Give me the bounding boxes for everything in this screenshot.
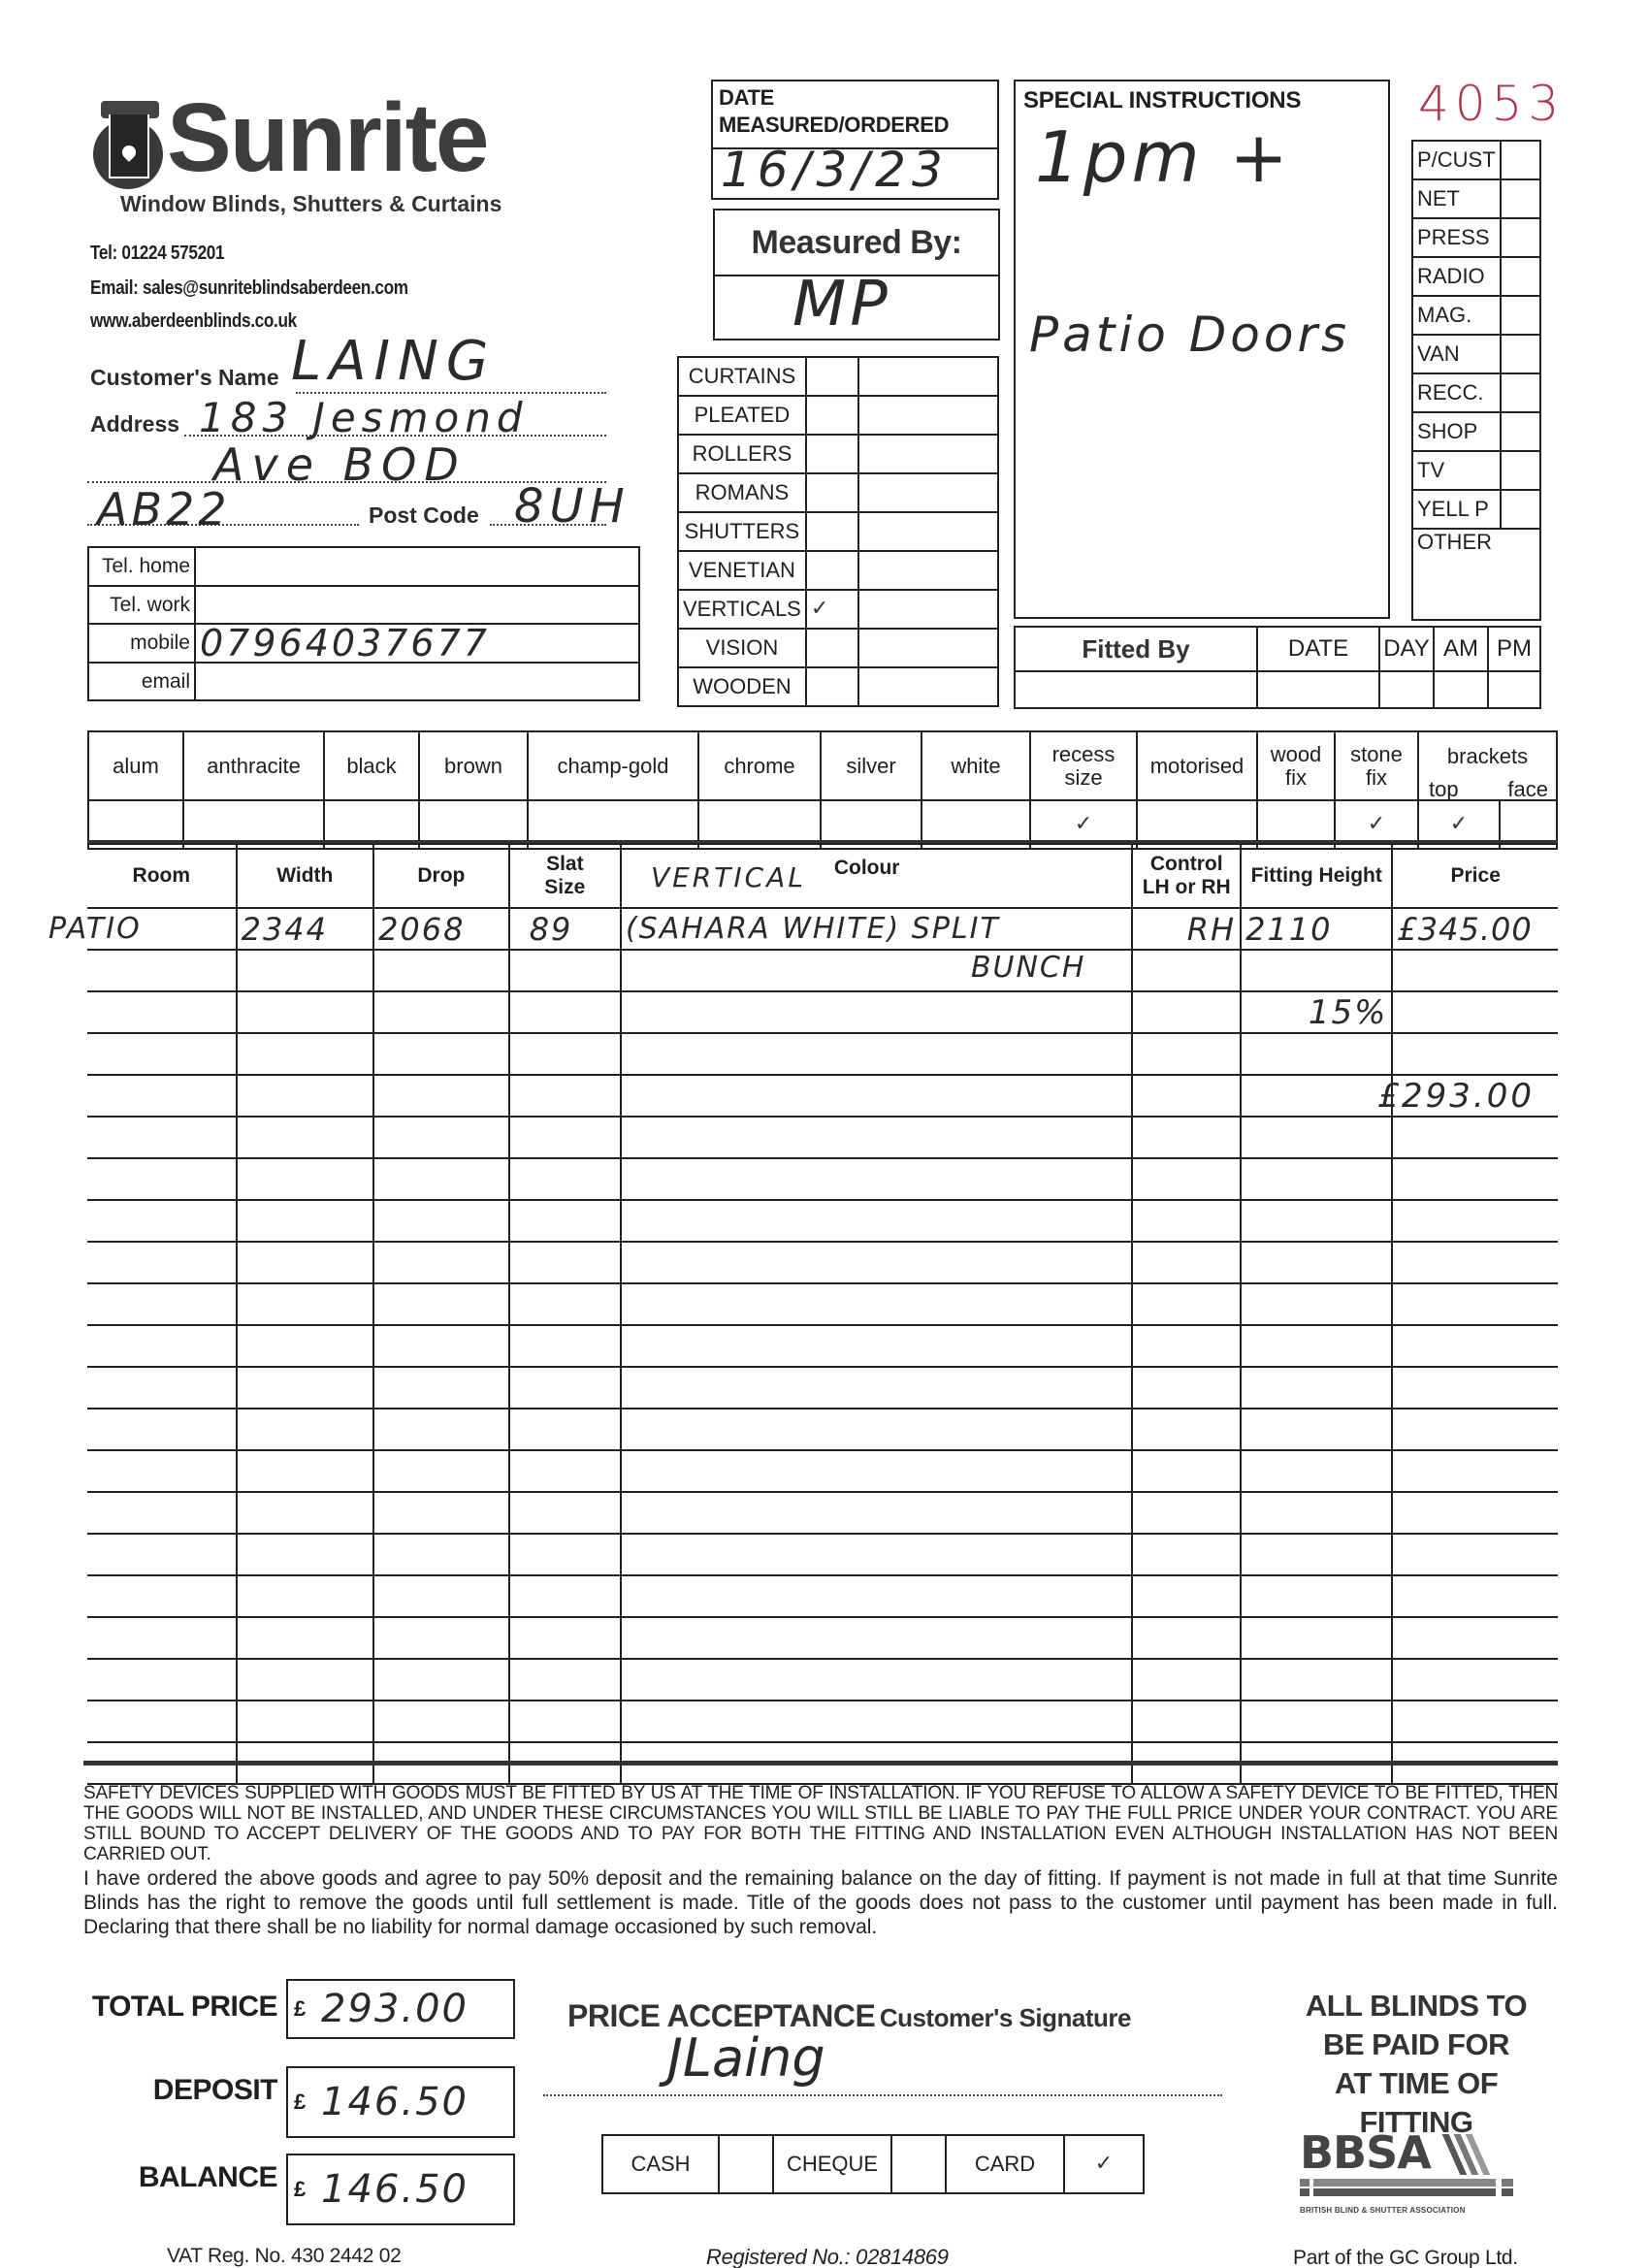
fitting-height-cell[interactable] <box>1241 1242 1392 1283</box>
order-table: Room Width Drop SlatSize VERTICAL Colour… <box>87 843 1558 1785</box>
colour-cell[interactable] <box>621 1450 1132 1492</box>
col-control: ControlLH or RH <box>1132 844 1241 908</box>
width-cell[interactable] <box>237 1367 373 1409</box>
room-cell[interactable] <box>87 1575 237 1617</box>
signature-field[interactable]: JLaing <box>667 2027 825 2089</box>
control-cell[interactable] <box>1132 1534 1241 1575</box>
slat-cell[interactable] <box>509 1492 621 1534</box>
slat-cell[interactable] <box>509 1200 621 1242</box>
slat-cell[interactable] <box>509 1117 621 1158</box>
product-type-row: ROMANS <box>678 473 998 512</box>
room-cell[interactable] <box>87 1492 237 1534</box>
product-type-notes[interactable] <box>858 473 998 512</box>
room-cell[interactable] <box>87 1450 237 1492</box>
source-checkbox[interactable] <box>1501 335 1540 373</box>
fitting-height-cell[interactable] <box>1241 1117 1392 1158</box>
special-instructions-label: SPECIAL INSTRUCTIONS <box>1023 87 1301 114</box>
brand-name: Sunrite <box>167 89 487 186</box>
product-type-notes[interactable] <box>858 512 998 551</box>
payment-cheque-label: CHEQUE <box>773 2135 891 2193</box>
product-type-checkbox[interactable] <box>806 357 858 396</box>
payment-method-row: CASH CHEQUE CARD ✓ <box>602 2135 1144 2193</box>
control-cell[interactable] <box>1132 1367 1241 1409</box>
price-cell[interactable] <box>1392 1283 1558 1325</box>
bbsa-bar <box>1502 2179 1513 2187</box>
product-type-notes[interactable] <box>858 590 998 629</box>
bbsa-bar <box>1313 2188 1496 2196</box>
width-cell[interactable] <box>237 1158 373 1200</box>
room-cell[interactable] <box>87 1325 237 1367</box>
product-type-notes[interactable] <box>858 435 998 473</box>
fitting-height-cell[interactable] <box>1241 1200 1392 1242</box>
drop-cell[interactable] <box>373 1409 509 1450</box>
product-type-notes[interactable] <box>858 667 998 706</box>
colour-annotation: VERTICAL <box>651 866 806 890</box>
balance-field[interactable]: 146.50 <box>321 2167 469 2212</box>
product-type-checkbox[interactable] <box>806 396 858 435</box>
width-cell[interactable] <box>237 1534 373 1575</box>
product-type-notes[interactable] <box>858 551 998 590</box>
width-cell[interactable] <box>237 1659 373 1701</box>
price-cell[interactable] <box>1392 1659 1558 1701</box>
source-row: YELL P <box>1412 490 1540 529</box>
product-type-row: SHUTTERS <box>678 512 998 551</box>
control-cell[interactable] <box>1132 1158 1241 1200</box>
slat-cell[interactable] <box>509 1659 621 1701</box>
email-field[interactable] <box>195 663 639 700</box>
order-row: PATIO 2344 2068 89 (SAHARA WHITE) SPLIT … <box>87 908 1558 950</box>
drop-cell[interactable]: 2068 <box>373 908 509 950</box>
width-cell[interactable] <box>237 1575 373 1617</box>
width-cell[interactable] <box>237 1117 373 1158</box>
fitting-height-cell[interactable] <box>1241 1409 1392 1450</box>
source-checkbox[interactable] <box>1501 141 1540 179</box>
price-cell[interactable] <box>1392 1117 1558 1158</box>
payment-notice: ALL BLINDS TO BE PAID FOR AT TIME OF FIT… <box>1261 1987 1571 2142</box>
control-cell[interactable] <box>1132 991 1241 1033</box>
tel-work-field[interactable] <box>195 586 639 624</box>
control-cell[interactable] <box>1132 1492 1241 1534</box>
colour-cell[interactable] <box>621 1075 1132 1117</box>
bbsa-bar <box>1313 2179 1496 2187</box>
price-cell[interactable] <box>1392 1492 1558 1534</box>
product-type-notes[interactable] <box>858 357 998 396</box>
fitting-height-cell[interactable] <box>1241 1450 1392 1492</box>
fitted-am-field[interactable] <box>1434 671 1488 708</box>
width-cell[interactable] <box>237 1492 373 1534</box>
fitting-height-cell[interactable] <box>1241 1325 1392 1367</box>
special-instructions-box[interactable]: SPECIAL INSTRUCTIONS 1pm + Patio Doors <box>1014 80 1390 619</box>
source-label: P/CUST <box>1412 141 1501 179</box>
product-type-checkbox[interactable] <box>806 512 858 551</box>
control-cell[interactable] <box>1132 1617 1241 1659</box>
control-cell[interactable] <box>1132 1033 1241 1075</box>
width-cell[interactable] <box>237 1325 373 1367</box>
drop-cell[interactable] <box>373 1450 509 1492</box>
col-drop: Drop <box>373 844 509 908</box>
drop-cell[interactable] <box>373 1617 509 1659</box>
measured-by-field[interactable]: MP <box>792 269 891 340</box>
price-cell[interactable] <box>1392 1701 1558 1742</box>
drop-cell[interactable] <box>373 1575 509 1617</box>
product-type-label: ROMANS <box>678 473 806 512</box>
product-type-row: VISION <box>678 629 998 667</box>
measured-by-box: Measured By: MP <box>713 209 1000 340</box>
phone-row-email: email <box>88 663 639 700</box>
total-price-box: £ 293.00 <box>286 1979 515 2039</box>
tel-home-label: Tel. home <box>88 547 195 586</box>
room-cell[interactable] <box>87 1409 237 1450</box>
width-cell[interactable] <box>237 1409 373 1450</box>
price-cell[interactable]: £293.00 <box>1373 1075 1538 1117</box>
product-type-checkbox[interactable] <box>806 629 858 667</box>
option-header: motorised <box>1137 731 1257 800</box>
order-row <box>87 1283 1558 1325</box>
drop-cell[interactable] <box>373 1492 509 1534</box>
colour-cell[interactable] <box>621 1492 1132 1534</box>
product-type-checkbox[interactable] <box>806 667 858 706</box>
address-field-2[interactable]: Ave BOD <box>213 438 467 491</box>
room-cell[interactable] <box>87 1659 237 1701</box>
special-instructions-line1: 1pm + <box>1035 116 1292 198</box>
colour-cell[interactable] <box>621 1617 1132 1659</box>
product-type-table: CURTAINS PLEATED ROLLERS ROMANS SHUTTERS… <box>677 356 999 707</box>
slat-cell[interactable] <box>509 991 621 1033</box>
source-row: VAN <box>1412 335 1540 373</box>
drop-cell[interactable] <box>373 950 509 991</box>
col-slat-size: SlatSize <box>509 844 621 908</box>
product-type-checkbox[interactable]: ✓ <box>806 590 858 629</box>
product-type-checkbox[interactable] <box>806 551 858 590</box>
source-checkbox[interactable] <box>1501 296 1540 335</box>
width-cell[interactable] <box>237 1075 373 1117</box>
group-note: Part of the GC Group Ltd. <box>1293 2247 1518 2268</box>
width-cell[interactable] <box>237 1242 373 1283</box>
payment-cash-label: CASH <box>602 2135 719 2193</box>
width-cell[interactable] <box>237 1617 373 1659</box>
colour-cell[interactable]: BUNCH <box>621 950 1132 991</box>
colour-cell[interactable] <box>621 1158 1132 1200</box>
control-cell[interactable] <box>1132 1075 1241 1117</box>
contact-email: Email: sales@sunriteblindsaberdeen.com <box>90 277 408 300</box>
brackets-top-header: top <box>1418 780 1500 800</box>
price-cell[interactable] <box>1392 1409 1558 1450</box>
fitted-date-field[interactable] <box>1257 671 1379 708</box>
price-cell[interactable] <box>1392 1617 1558 1659</box>
control-cell[interactable]: RH <box>1132 908 1241 950</box>
width-cell[interactable] <box>237 1450 373 1492</box>
postcode-field[interactable]: 8UH <box>514 479 630 534</box>
address-field-1[interactable]: 183 Jesmond <box>199 394 529 441</box>
bbsa-logo: BBSA <box>1300 2130 1525 2204</box>
slat-cell[interactable] <box>509 1701 621 1742</box>
fitting-height-cell[interactable] <box>1241 1575 1392 1617</box>
total-price-field[interactable]: 293.00 <box>321 1987 469 2031</box>
fitted-by-label: Fitted By <box>1015 627 1257 671</box>
price-cell[interactable] <box>1392 1033 1558 1075</box>
source-row: NET <box>1412 179 1540 218</box>
product-type-row: CURTAINS <box>678 357 998 396</box>
fitting-height-cell[interactable] <box>1241 1158 1392 1200</box>
source-label: RADIO <box>1412 257 1501 296</box>
fitting-height-cell[interactable] <box>1241 1075 1392 1117</box>
room-cell[interactable] <box>87 1117 237 1158</box>
drop-cell[interactable] <box>373 1659 509 1701</box>
control-cell[interactable] <box>1132 1659 1241 1701</box>
phone-table: Tel. home Tel. work mobile 07964037677 e… <box>87 546 640 701</box>
drop-cell[interactable] <box>373 1158 509 1200</box>
balance-box: £ 146.50 <box>286 2154 515 2225</box>
fitting-height-cell[interactable] <box>1241 1033 1392 1075</box>
room-cell[interactable] <box>87 1033 237 1075</box>
date-label-line1: DATE <box>719 84 991 112</box>
slat-cell[interactable] <box>509 1033 621 1075</box>
drop-cell[interactable] <box>373 1325 509 1367</box>
options-header-row: alum anthracite black brown champ-gold c… <box>88 731 1557 780</box>
fitting-height-cell[interactable] <box>1241 1283 1392 1325</box>
source-label: RECC. <box>1412 373 1501 412</box>
price-cell[interactable] <box>1392 1158 1558 1200</box>
source-other-field[interactable]: OTHER <box>1412 529 1540 620</box>
colour-cell[interactable] <box>621 991 1132 1033</box>
slat-cell[interactable] <box>509 950 621 991</box>
option-header: stone fix <box>1335 731 1418 800</box>
fitting-height-cell[interactable] <box>1241 950 1392 991</box>
signature-line <box>543 2094 1222 2096</box>
options-table: alum anthracite black brown champ-gold c… <box>87 730 1558 850</box>
control-cell[interactable] <box>1132 1200 1241 1242</box>
slat-cell[interactable] <box>509 1367 621 1409</box>
balance-label: BALANCE <box>83 2161 277 2194</box>
product-type-label: WOODEN <box>678 667 806 706</box>
brand-tagline: Window Blinds, Shutters & Curtains <box>120 191 501 217</box>
drop-cell[interactable] <box>373 1367 509 1409</box>
payment-notice-line1: ALL BLINDS TO <box>1261 1987 1571 2025</box>
option-header: recess size <box>1030 731 1137 800</box>
special-instructions-line2: Patio Doors <box>1029 307 1350 363</box>
control-cell[interactable] <box>1132 1283 1241 1325</box>
slat-cell[interactable] <box>509 1158 621 1200</box>
phone-row-work: Tel. work <box>88 586 639 624</box>
control-cell[interactable] <box>1132 1117 1241 1158</box>
control-cell[interactable] <box>1132 1701 1241 1742</box>
measured-by-label: Measured By: <box>715 211 998 262</box>
width-cell[interactable]: 2344 <box>237 908 373 950</box>
colour-cell[interactable] <box>621 1409 1132 1450</box>
drop-cell[interactable] <box>373 1075 509 1117</box>
source-label: MAG. <box>1412 296 1501 335</box>
room-cell[interactable] <box>87 1283 237 1325</box>
room-cell[interactable]: PATIO <box>48 908 198 950</box>
payment-cash-checkbox[interactable] <box>719 2135 773 2193</box>
mobile-field[interactable]: 07964037677 <box>195 624 639 663</box>
payment-card-label: CARD <box>946 2135 1064 2193</box>
room-cell[interactable] <box>87 1242 237 1283</box>
room-cell[interactable] <box>87 1200 237 1242</box>
fitted-day-field[interactable] <box>1379 671 1434 708</box>
room-cell[interactable] <box>87 991 237 1033</box>
source-checkbox[interactable] <box>1501 490 1540 529</box>
payment-notice-line2: BE PAID FOR <box>1261 2025 1571 2064</box>
price-cell[interactable] <box>1392 1325 1558 1367</box>
room-cell[interactable] <box>87 950 237 991</box>
room-cell[interactable] <box>87 1534 237 1575</box>
product-type-notes[interactable] <box>858 396 998 435</box>
deposit-label: DEPOSIT <box>83 2074 277 2107</box>
contact-tel: Tel: 01224 575201 <box>90 243 224 265</box>
date-box: DATE MEASURED/ORDERED 16/3/23 <box>711 80 999 200</box>
payment-card-checkbox[interactable]: ✓ <box>1064 2135 1144 2193</box>
option-header: brown <box>419 731 528 800</box>
source-checkbox[interactable] <box>1501 179 1540 218</box>
fitting-height-cell[interactable] <box>1241 1617 1392 1659</box>
room-cell[interactable] <box>87 1367 237 1409</box>
slat-cell[interactable] <box>509 1283 621 1325</box>
drop-cell[interactable] <box>373 1033 509 1075</box>
price-cell[interactable] <box>1392 1534 1558 1575</box>
date-field[interactable]: 16/3/23 <box>721 142 949 198</box>
control-cell[interactable] <box>1132 1575 1241 1617</box>
fitting-height-cell[interactable] <box>1241 1534 1392 1575</box>
tel-home-field[interactable] <box>195 547 639 586</box>
source-label: TV <box>1412 451 1501 490</box>
control-cell[interactable] <box>1132 1325 1241 1367</box>
slat-cell[interactable] <box>509 1450 621 1492</box>
order-number: 4053 <box>1418 76 1565 132</box>
order-table-header: Room Width Drop SlatSize VERTICAL Colour… <box>87 844 1558 908</box>
colour-cell[interactable] <box>621 1367 1132 1409</box>
fitting-height-cell[interactable] <box>1241 1659 1392 1701</box>
colour-cell[interactable] <box>621 1701 1132 1742</box>
fitting-height-cell[interactable] <box>1241 1492 1392 1534</box>
source-checkbox[interactable] <box>1501 257 1540 296</box>
product-type-notes[interactable] <box>858 629 998 667</box>
price-cell[interactable] <box>1392 1200 1558 1242</box>
fitted-pm-field[interactable] <box>1488 671 1540 708</box>
source-checkbox[interactable] <box>1501 451 1540 490</box>
payment-cheque-checkbox[interactable] <box>891 2135 946 2193</box>
fitting-height-cell[interactable] <box>1241 1367 1392 1409</box>
room-cell[interactable] <box>87 1617 237 1659</box>
fitting-height-cell[interactable] <box>1241 1701 1392 1742</box>
product-type-checkbox[interactable] <box>806 473 858 512</box>
deposit-field[interactable]: 146.50 <box>321 2080 469 2124</box>
total-price-label: TOTAL PRICE <box>83 1991 277 2024</box>
payment-notice-line3: AT TIME OF <box>1261 2064 1571 2103</box>
price-cell[interactable] <box>1392 1242 1558 1283</box>
source-checkbox[interactable] <box>1501 373 1540 412</box>
slat-cell[interactable] <box>509 1534 621 1575</box>
slat-cell[interactable]: 89 <box>509 908 621 950</box>
colour-cell[interactable] <box>621 1659 1132 1701</box>
price-cell[interactable] <box>1392 1450 1558 1492</box>
pound-symbol: £ <box>294 2090 306 2115</box>
colour-cell[interactable] <box>621 1283 1132 1325</box>
order-row: 15% <box>87 991 1558 1033</box>
address-field-3[interactable]: AB22 <box>97 483 231 535</box>
drop-cell[interactable] <box>373 1701 509 1742</box>
slat-cell[interactable] <box>509 1409 621 1450</box>
drop-cell[interactable] <box>373 1242 509 1283</box>
width-cell[interactable] <box>237 1033 373 1075</box>
fitting-height-cell[interactable]: 2110 <box>1241 908 1392 950</box>
order-row <box>87 1659 1558 1701</box>
order-row <box>87 1575 1558 1617</box>
drop-cell[interactable] <box>373 1534 509 1575</box>
colour-cell[interactable] <box>621 1534 1132 1575</box>
drop-cell[interactable] <box>373 1283 509 1325</box>
price-cell[interactable] <box>1392 1575 1558 1617</box>
control-cell[interactable] <box>1132 1450 1241 1492</box>
colour-cell[interactable] <box>621 1117 1132 1158</box>
room-cell[interactable] <box>87 1158 237 1200</box>
colour-cell[interactable] <box>621 1575 1132 1617</box>
drop-cell[interactable] <box>373 991 509 1033</box>
date-label: DATE MEASURED/ORDERED <box>713 81 997 142</box>
control-cell[interactable] <box>1132 950 1241 991</box>
colour-cell[interactable] <box>621 1033 1132 1075</box>
date-label-line2: MEASURED/ORDERED <box>719 112 991 139</box>
width-cell[interactable] <box>237 1200 373 1242</box>
price-cell[interactable] <box>1392 950 1558 991</box>
colour-cell[interactable]: (SAHARA WHITE) SPLIT <box>621 908 1132 950</box>
order-row <box>87 1409 1558 1450</box>
col-width: Width <box>237 844 373 908</box>
colour-cell[interactable] <box>621 1242 1132 1283</box>
slat-cell[interactable] <box>509 1075 621 1117</box>
control-cell[interactable] <box>1132 1409 1241 1450</box>
customer-name-field[interactable]: LAING <box>291 330 496 393</box>
slat-cell[interactable] <box>509 1575 621 1617</box>
source-checkbox[interactable] <box>1501 218 1540 257</box>
order-table-blank-rows <box>87 1117 1558 1784</box>
source-table: P/CUST NET PRESS RADIO MAG. VAN RECC. SH… <box>1411 140 1541 621</box>
colour-cell[interactable] <box>621 1200 1132 1242</box>
fitted-by-field[interactable] <box>1015 671 1257 708</box>
room-cell[interactable] <box>87 1701 237 1742</box>
slat-cell[interactable] <box>509 1242 621 1283</box>
source-checkbox[interactable] <box>1501 412 1540 451</box>
control-cell[interactable] <box>1132 1242 1241 1283</box>
brackets-face-header: face <box>1500 780 1557 800</box>
fitting-height-cell[interactable]: 15% <box>1241 991 1392 1033</box>
width-cell[interactable] <box>237 1701 373 1742</box>
price-cell[interactable]: £345.00 <box>1392 908 1558 950</box>
option-header: chrome <box>698 731 821 800</box>
price-cell[interactable] <box>1392 1367 1558 1409</box>
drop-cell[interactable] <box>373 1200 509 1242</box>
price-cell[interactable] <box>1392 991 1558 1033</box>
order-row <box>87 1450 1558 1492</box>
drop-cell[interactable] <box>373 1117 509 1158</box>
slat-cell[interactable] <box>509 1325 621 1367</box>
slat-cell[interactable] <box>509 1617 621 1659</box>
order-row: BUNCH <box>87 950 1558 991</box>
width-cell[interactable] <box>237 950 373 991</box>
width-cell[interactable] <box>237 991 373 1033</box>
bbsa-bar <box>1300 2179 1309 2187</box>
product-type-label: VENETIAN <box>678 551 806 590</box>
product-type-row: VERTICALS✓ <box>678 590 998 629</box>
product-type-checkbox[interactable] <box>806 435 858 473</box>
width-cell[interactable] <box>237 1283 373 1325</box>
option-header: alum <box>88 731 183 800</box>
colour-cell[interactable] <box>621 1325 1132 1367</box>
room-cell[interactable] <box>87 1075 237 1117</box>
fitted-by-header-row: Fitted By DATE DAY AM PM <box>1015 627 1540 671</box>
brackets-header: brackets <box>1418 731 1557 780</box>
customer-signature-label: Customer's Signature <box>880 2003 1131 2032</box>
